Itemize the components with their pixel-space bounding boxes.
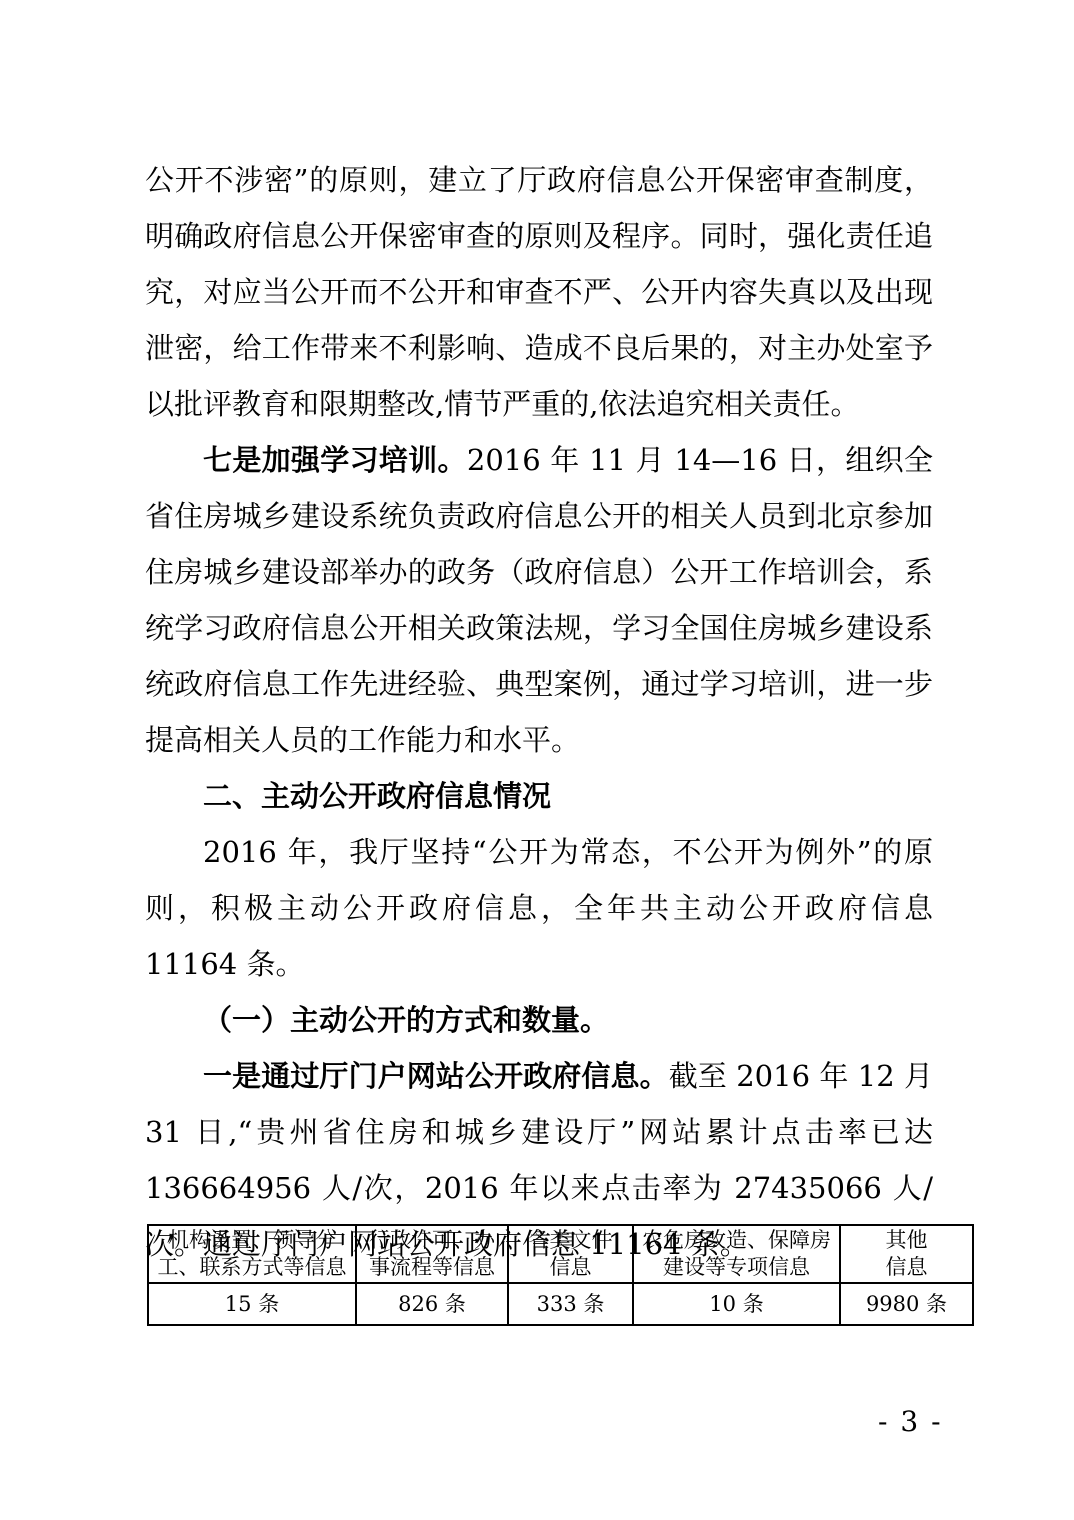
paragraph-training: 七是加强学习培训。2016 年 11 月 14—16 日，组织全省住房城乡建设系… bbox=[145, 432, 933, 768]
section-heading-proactive-disclosure: 二、主动公开政府信息情况 bbox=[145, 768, 933, 824]
table-value-admin-license: 826 条 bbox=[356, 1283, 508, 1325]
table-header-documents: 各类文件 信息 bbox=[508, 1225, 633, 1283]
table-value-housing-projects: 10 条 bbox=[633, 1283, 840, 1325]
table-header-row: 机构设置、领导分 工、联系方式等信息 行政许可、办 事流程等信息 各类文件 信息… bbox=[148, 1225, 973, 1283]
table-value-documents: 333 条 bbox=[508, 1283, 633, 1325]
paragraph-disclosure-principle: 2016 年，我厅坚持“公开为常态，不公开为例外”的原则，积极主动公开政府信息，… bbox=[145, 824, 933, 992]
table-header-housing-projects: 农危房改造、保障房 建设等专项信息 bbox=[633, 1225, 840, 1283]
paragraph-training-body: 2016 年 11 月 14—16 日，组织全省住房城乡建设系统负责政府信息公开… bbox=[145, 443, 933, 757]
table-header-other: 其他 信息 bbox=[840, 1225, 973, 1283]
table-header-org-setup: 机构设置、领导分 工、联系方式等信息 bbox=[148, 1225, 356, 1283]
paragraph-secrecy-review: 公开不涉密”的原则，建立了厅政府信息公开保密审查制度，明确政府信息公开保密审查的… bbox=[145, 152, 933, 432]
table-header-admin-license: 行政许可、办 事流程等信息 bbox=[356, 1225, 508, 1283]
table-value-row: 15 条 826 条 333 条 10 条 9980 条 bbox=[148, 1283, 973, 1325]
table-value-other: 9980 条 bbox=[840, 1283, 973, 1325]
paragraph-training-lead: 七是加强学习培训。 bbox=[203, 443, 467, 477]
document-page: 公开不涉密”的原则，建立了厅政府信息公开保密审查制度，明确政府信息公开保密审查的… bbox=[0, 0, 1074, 1520]
document-body: 公开不涉密”的原则，建立了厅政府信息公开保密审查制度，明确政府信息公开保密审查的… bbox=[145, 152, 933, 1272]
page-number: - 3 - bbox=[878, 1406, 943, 1438]
paragraph-portal-website-lead: 一是通过厅门户网站公开政府信息。 bbox=[203, 1059, 669, 1093]
table-value-org-setup: 15 条 bbox=[148, 1283, 356, 1325]
subsection-heading-methods-quantity: （一）主动公开的方式和数量。 bbox=[145, 992, 933, 1048]
disclosure-statistics-table: 机构设置、领导分 工、联系方式等信息 行政许可、办 事流程等信息 各类文件 信息… bbox=[147, 1224, 974, 1326]
